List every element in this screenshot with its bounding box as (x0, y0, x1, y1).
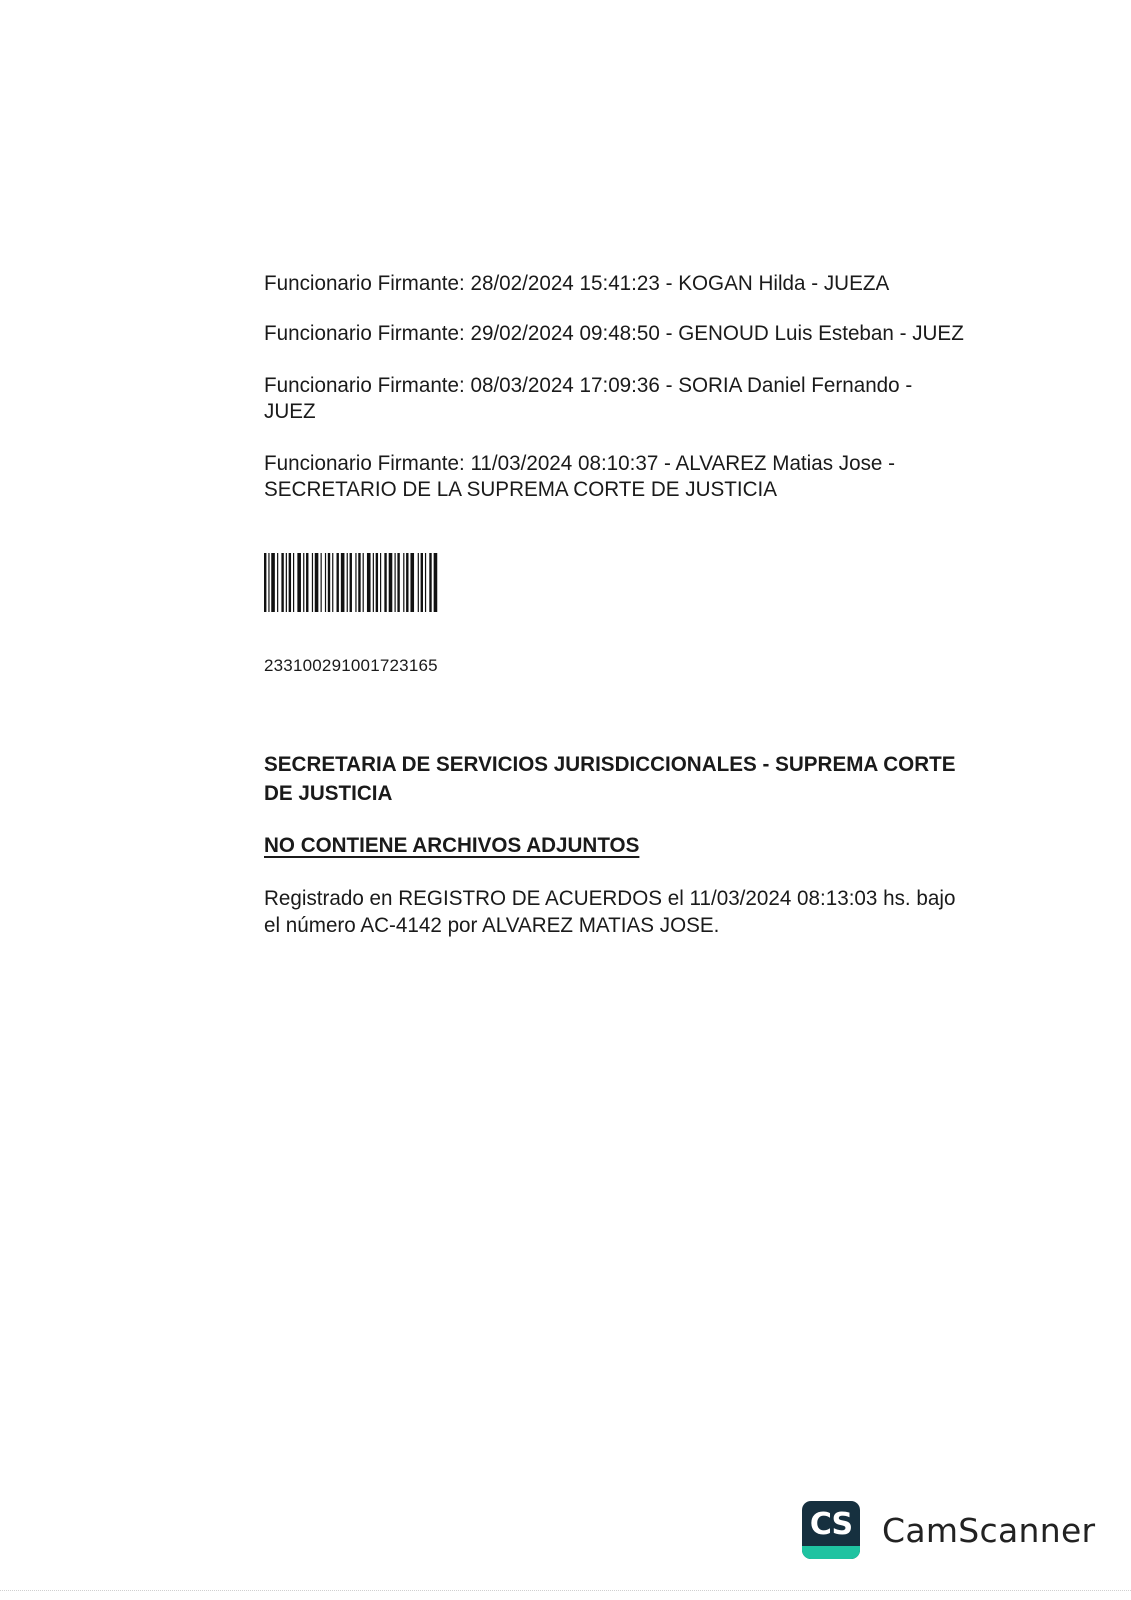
registration-text: Registrado en REGISTRO DE ACUERDOS el 11… (264, 886, 955, 910)
logo-band (802, 1546, 860, 1559)
camscanner-brand: CamScanner (882, 1511, 1095, 1550)
signature-text: Funcionario Firmante: 29/02/2024 09:48:5… (264, 321, 964, 345)
signatures-block: Funcionario Firmante: 28/02/2024 15:41:2… (264, 270, 1054, 528)
signature-alvarez: Funcionario Firmante: 11/03/2024 08:10:3… (264, 450, 1022, 502)
signature-genoud: Funcionario Firmante: 29/02/2024 09:48:5… (264, 320, 1022, 346)
logo-text: CS (810, 1507, 852, 1542)
signature-role: SECRETARIO DE LA SUPREMA CORTE DE JUSTIC… (264, 477, 777, 501)
office-line: DE JUSTICIA (264, 781, 392, 805)
scan-edge-line (0, 1590, 1131, 1592)
barcode-number: 233100291001723165 (264, 656, 438, 676)
registration-note: Registrado en REGISTRO DE ACUERDOS el 11… (264, 885, 1032, 939)
office-heading: SECRETARIA DE SERVICIOS JURISDICCIONALES… (264, 750, 1022, 808)
signature-text: Funcionario Firmante: 28/02/2024 15:41:2… (264, 271, 889, 295)
camscanner-watermark: CS CamScanner (802, 1501, 1095, 1559)
signature-soria: Funcionario Firmante: 08/03/2024 17:09:3… (264, 372, 1022, 424)
signature-text: Funcionario Firmante: 08/03/2024 17:09:3… (264, 373, 912, 397)
signature-kogan: Funcionario Firmante: 28/02/2024 15:41:2… (264, 270, 1022, 296)
no-attachments-notice: NO CONTIENE ARCHIVOS ADJUNTOS (264, 833, 639, 858)
registration-text: el número AC-4142 por ALVAREZ MATIAS JOS… (264, 913, 719, 937)
camscanner-logo-icon: CS (802, 1501, 860, 1559)
signature-text: Funcionario Firmante: 11/03/2024 08:10:3… (264, 451, 895, 475)
signature-role: JUEZ (264, 399, 316, 423)
office-line: SECRETARIA DE SERVICIOS JURISDICCIONALES… (264, 752, 956, 776)
barcode-image (264, 553, 486, 612)
